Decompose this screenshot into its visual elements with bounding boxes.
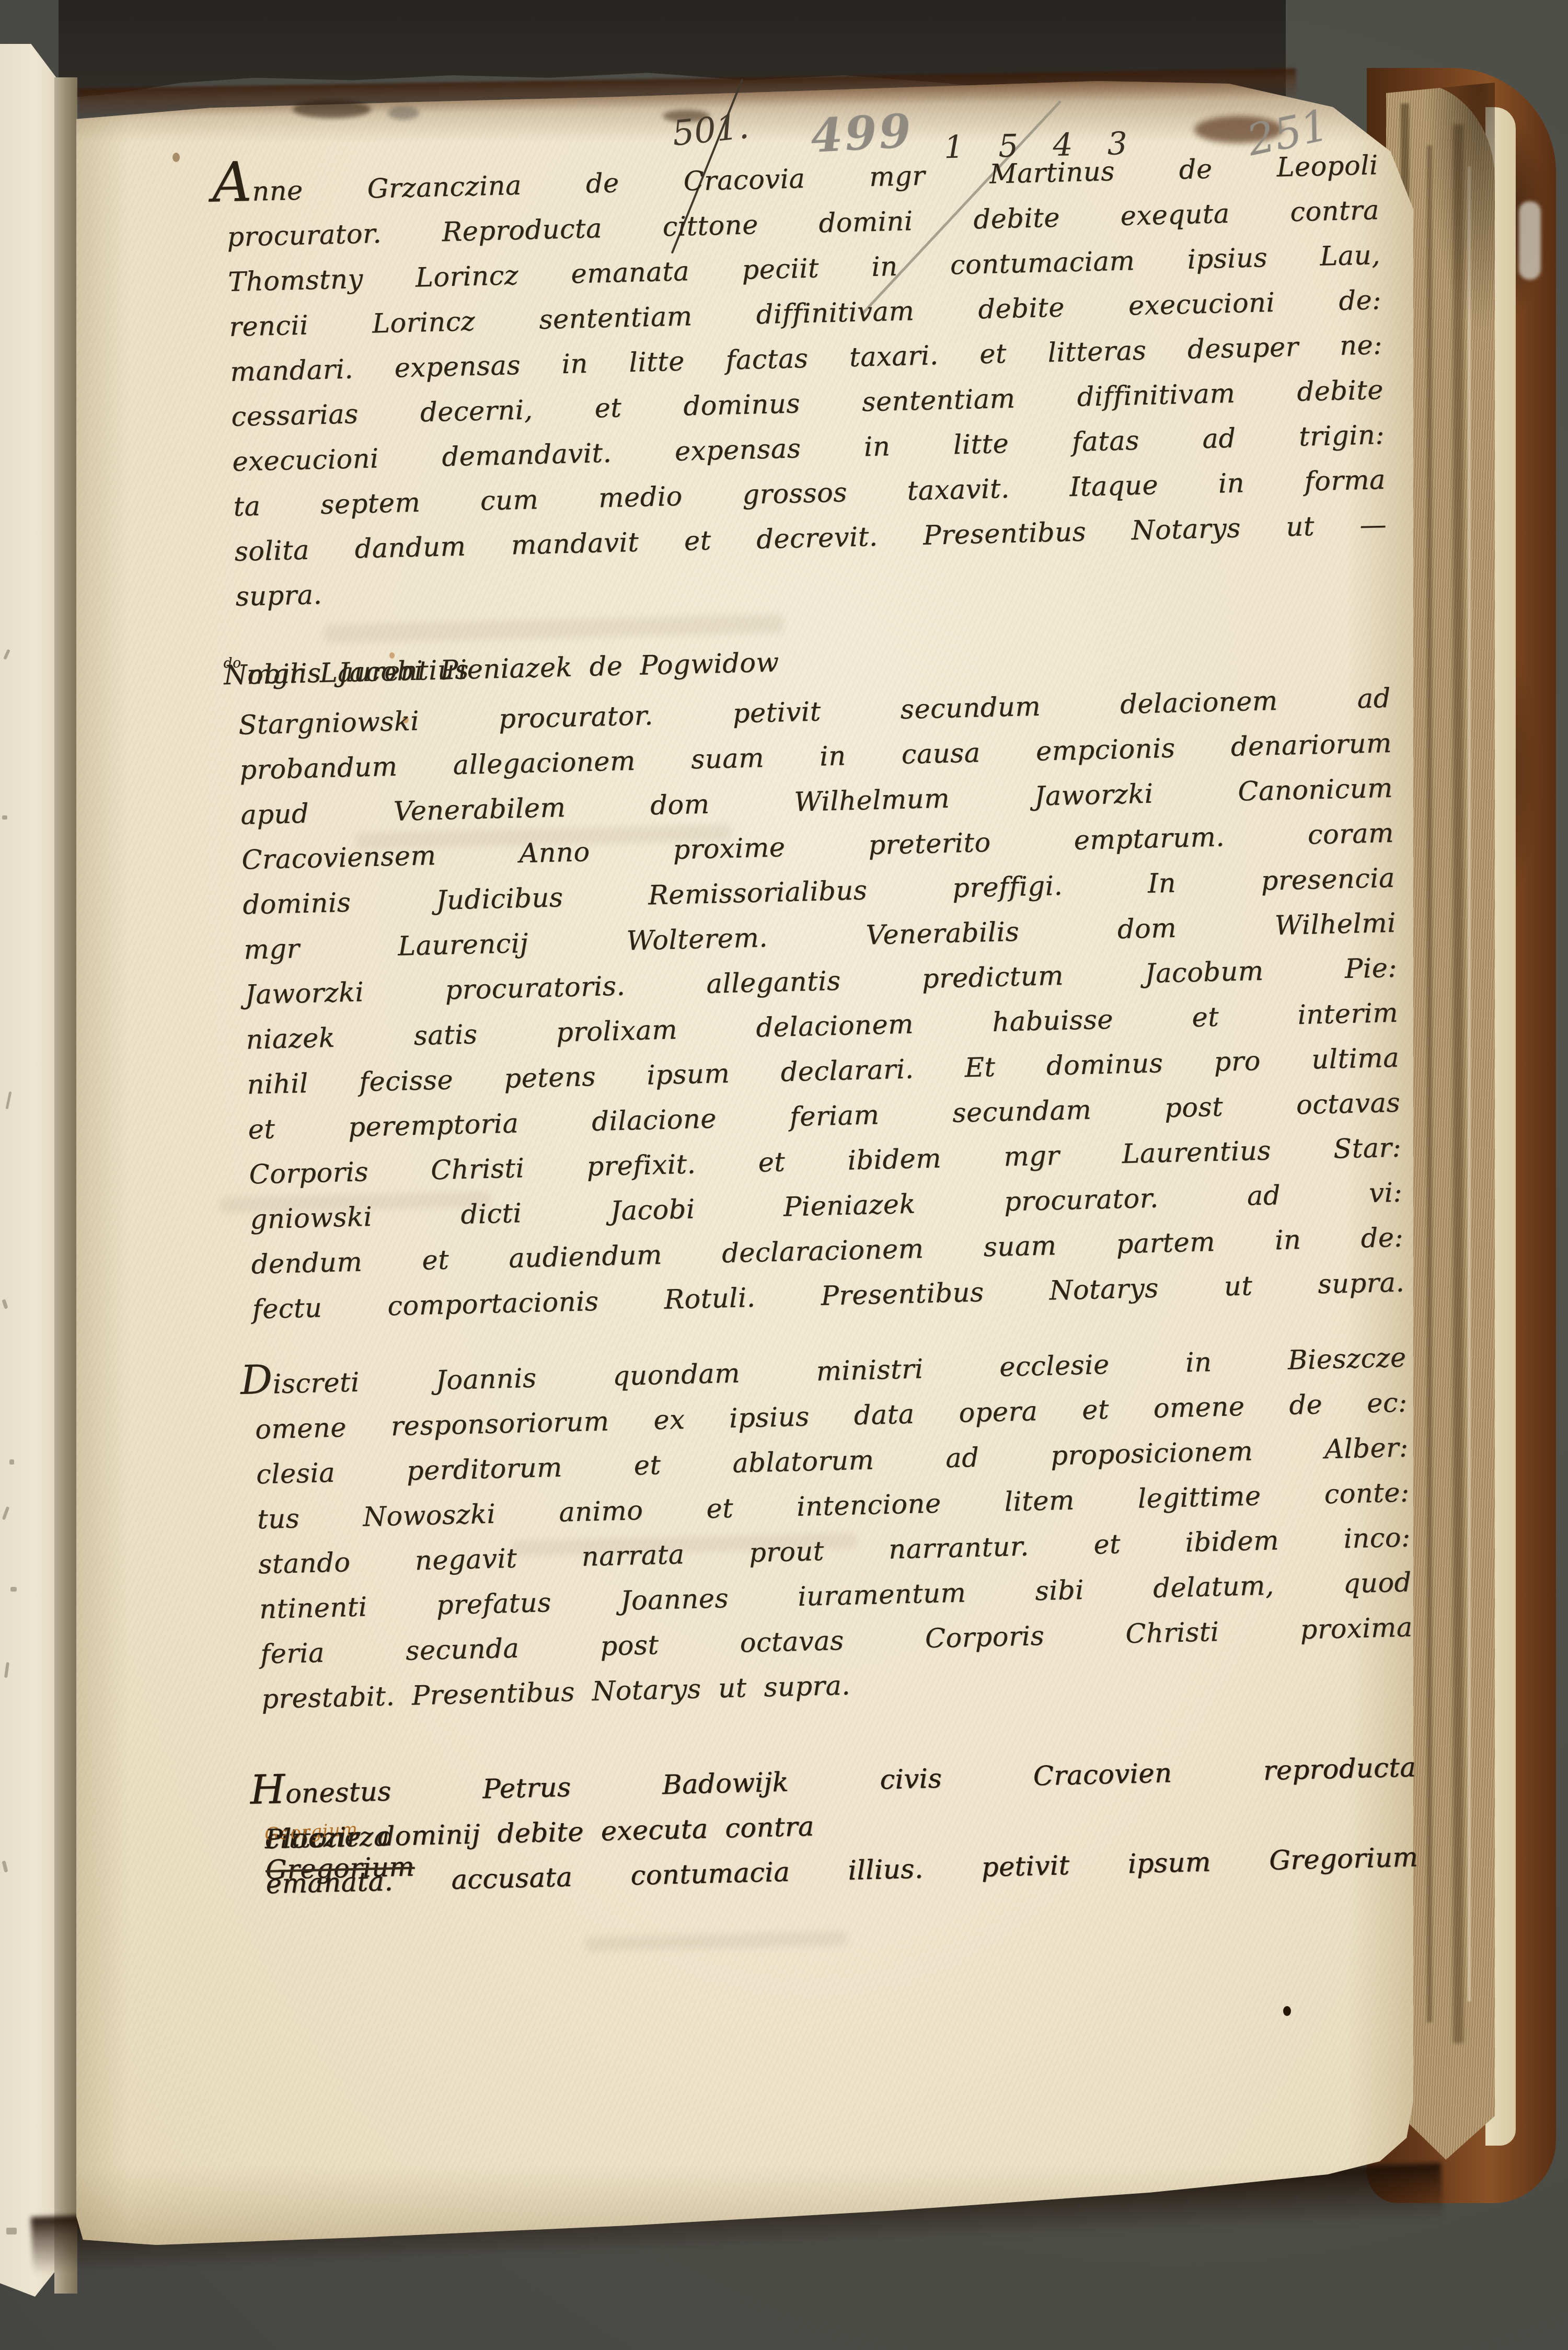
- facing-page-ink-mark: [2, 815, 7, 820]
- fore-edge-streak: [1427, 145, 1432, 2022]
- burn-blotch: [293, 100, 371, 118]
- fore-edge-streak: [1453, 124, 1463, 2043]
- facing-page-sliver: [0, 44, 56, 2297]
- handwritten-text-block: Anne Grzanczina de Cracovia mgr Martinus…: [225, 136, 1419, 1907]
- fore-edge-streak: [1468, 166, 1471, 2001]
- line-segment: Ploczirza: [264, 1814, 390, 1862]
- leather-worn-patch: [1519, 201, 1541, 280]
- paper-speck: [172, 153, 180, 162]
- record-entry-2: Nobilis Jacobi Pieniazek de Pogwidow do …: [237, 626, 1405, 1333]
- manuscript-scan: 501. 499 1543 251 Anne Grzanczina de Cra…: [0, 0, 1568, 2350]
- fore-edge-corner-shadow: [1424, 83, 1495, 333]
- gutter-shadow: [54, 77, 77, 2294]
- record-entry-3: Discreti Joannis quondam ministri eccles…: [253, 1335, 1414, 1722]
- burn-blotch: [388, 106, 419, 120]
- record-entry-4: Honestus Petrus Badowijk civis Cracovien…: [263, 1745, 1419, 1907]
- superscript-abbreviation: do: [223, 641, 242, 686]
- line-segment: mgr Laurentius: [246, 648, 469, 698]
- ink-dot: [1283, 2006, 1291, 2016]
- old-folio-number-crossed: 501.: [670, 106, 751, 154]
- facing-page-ink-mark: [6, 2228, 17, 2234]
- record-entry-1: Anne Grzanczina de Cracovia mgr Martinus…: [225, 136, 1388, 620]
- facing-page-ink-mark: [10, 1587, 17, 1592]
- facing-page-ink-mark: [9, 1459, 14, 1465]
